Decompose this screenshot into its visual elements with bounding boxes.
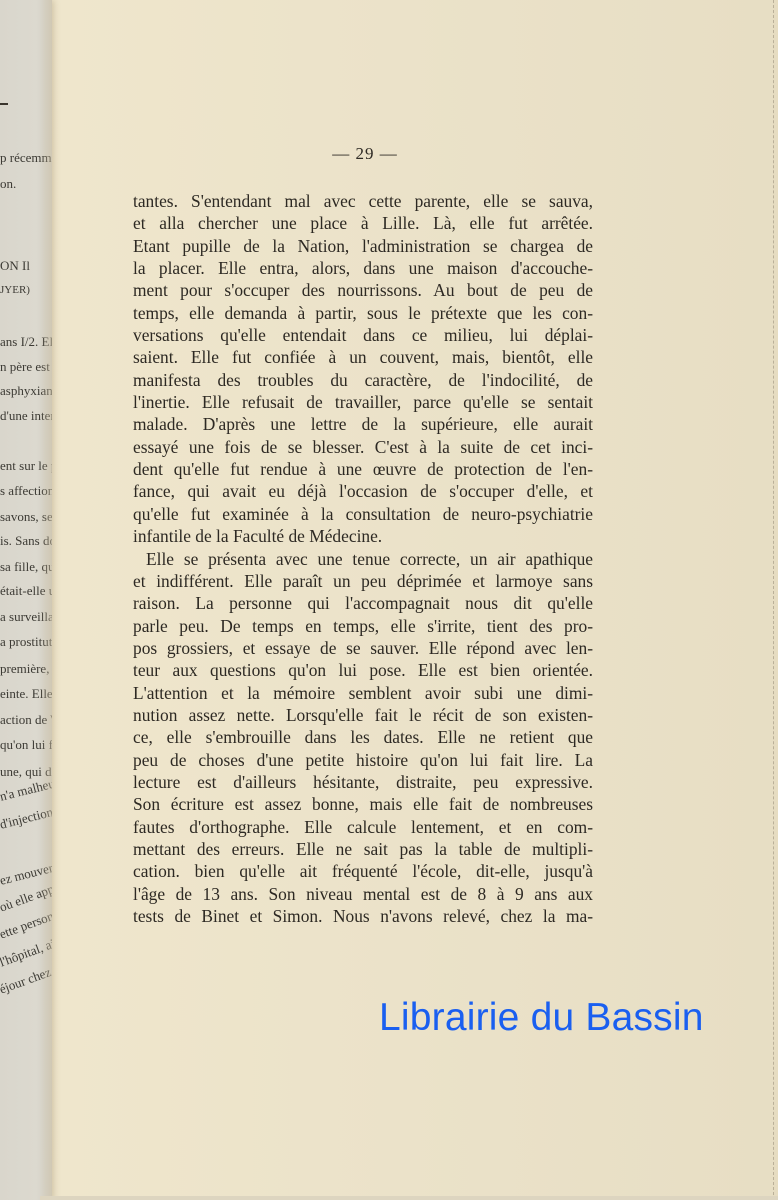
text-line: versations qu'elle entendait dans ce mil… — [133, 324, 593, 346]
text-line: fautes d'orthographe. Elle calcule lente… — [133, 816, 593, 838]
text-line: lecture est d'ailleurs hésitante, distra… — [133, 771, 593, 793]
text-line: teur aux questions qu'on lui pose. Elle … — [133, 659, 593, 681]
text-line: tantes. S'entendant mal avec cette paren… — [133, 190, 593, 212]
gutter-shadow — [40, 0, 52, 1200]
page-number: — 29 — — [0, 144, 730, 164]
text-line: dent qu'elle fut rendue à une œuvre de p… — [133, 458, 593, 480]
bottom-page-edge — [40, 1196, 778, 1200]
text-line: temps, elle demanda à partir, sous le pr… — [133, 302, 593, 324]
text-line: malade. D'après une lettre de la supérie… — [133, 413, 593, 435]
text-line: Elle se présenta avec une tenue correcte… — [133, 548, 593, 570]
body-text: tantes. S'entendant mal avec cette paren… — [133, 190, 593, 927]
text-line: nution assez nette. Lorsqu'elle fait le … — [133, 704, 593, 726]
text-line: infantile de la Faculté de Médecine. — [133, 525, 593, 547]
text-line: l'âge de 13 ans. Son niveau mental est d… — [133, 883, 593, 905]
paragraph: tantes. S'entendant mal avec cette paren… — [133, 190, 593, 548]
text-line: parle peu. De temps en temps, elle s'irr… — [133, 615, 593, 637]
left-page-rule — [0, 103, 8, 105]
text-line: peu de choses d'une petite histoire qu'o… — [133, 749, 593, 771]
text-line: tests de Binet et Simon. Nous n'avons re… — [133, 905, 593, 927]
left-page-line: ON Il — [0, 258, 30, 274]
text-line: l'inertie. Elle refusait de travailler, … — [133, 391, 593, 413]
text-line: manifesta des troubles du caractère, de … — [133, 369, 593, 391]
paragraph: Elle se présenta avec une tenue correcte… — [133, 548, 593, 928]
watermark-seller: Librairie du Bassin — [379, 996, 704, 1040]
left-page-line: JYER) — [0, 284, 30, 296]
text-line: saient. Elle fut confiée à un couvent, m… — [133, 346, 593, 368]
left-page-line: on. — [0, 176, 16, 192]
text-line: fance, qui avait eu déjà l'occasion de s… — [133, 480, 593, 502]
text-line: ce, elle s'embrouille dans les dates. El… — [133, 726, 593, 748]
text-line: mettant des erreurs. Elle ne sait pas la… — [133, 838, 593, 860]
text-line: et indifférent. Elle paraît un peu dépri… — [133, 570, 593, 592]
text-line: et alla chercher une place à Lille. Là, … — [133, 212, 593, 234]
left-page-fragment: p récemment eon.ON IlJYER)ans I/2. Elln … — [0, 0, 52, 1200]
text-line: la placer. Elle entra, alors, dans une m… — [133, 257, 593, 279]
scanned-book-spread: p récemment eon.ON IlJYER)ans I/2. Elln … — [0, 0, 778, 1200]
text-line: essayé une fois de se blesser. C'est à l… — [133, 436, 593, 458]
text-line: qu'elle fut examinée à la consultation d… — [133, 503, 593, 525]
text-line: cation. bien qu'elle ait fréquenté l'éco… — [133, 860, 593, 882]
text-line: raison. La personne qui l'accompagnait n… — [133, 592, 593, 614]
text-line: Etant pupille de la Nation, l'administra… — [133, 235, 593, 257]
text-line: Son écriture est assez bonne, mais elle … — [133, 793, 593, 815]
right-page-edge — [773, 0, 778, 1200]
text-line: L'attention et la mémoire semblent avoir… — [133, 682, 593, 704]
text-line: ment pour s'occuper des nourrissons. Au … — [133, 279, 593, 301]
text-line: pos grossiers, et essaye de se sauver. E… — [133, 637, 593, 659]
